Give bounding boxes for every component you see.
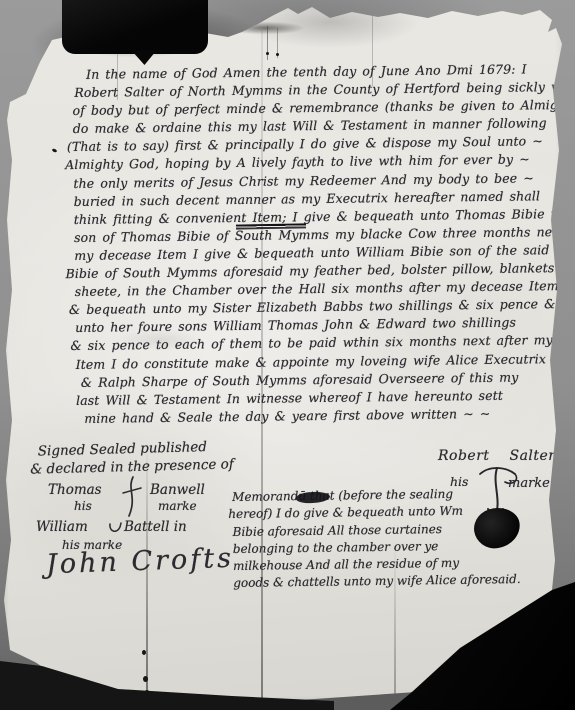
ink-spot [145,690,149,694]
ink-spot [276,53,279,56]
cross-mark-icon [122,476,142,518]
testator-block: Robert Salter his marke [438,448,570,578]
witness-first-name: Thomas [48,482,102,498]
ink-spot [143,676,148,682]
ink-spot [142,650,146,655]
witness-row: Thomas Banwell his marke [48,482,248,518]
attestation-block: Signed Sealed published & declared in th… [30,437,234,478]
c-mark-icon [108,521,122,535]
body-text: In the name of God Amen the tenth day of… [72,60,568,428]
witness-sub-label: marke [158,499,197,513]
witness-last-name: Banwell [150,482,205,498]
document-photo: In the name of God Amen the tenth day of… [0,0,575,710]
paper-sheet: In the name of God Amen the tenth day of… [0,0,575,710]
ink-spot [266,52,269,55]
testator-his-label: his [450,474,468,489]
witness-signature: John Crofts [46,543,235,581]
ink-spot [52,148,58,153]
witness-first-name: William [36,519,88,535]
witness-sub-label: his [74,499,92,513]
mounting-clip [62,0,208,54]
testator-marke-label: marke [508,476,550,491]
witness-last-name: Battell in [124,519,187,535]
